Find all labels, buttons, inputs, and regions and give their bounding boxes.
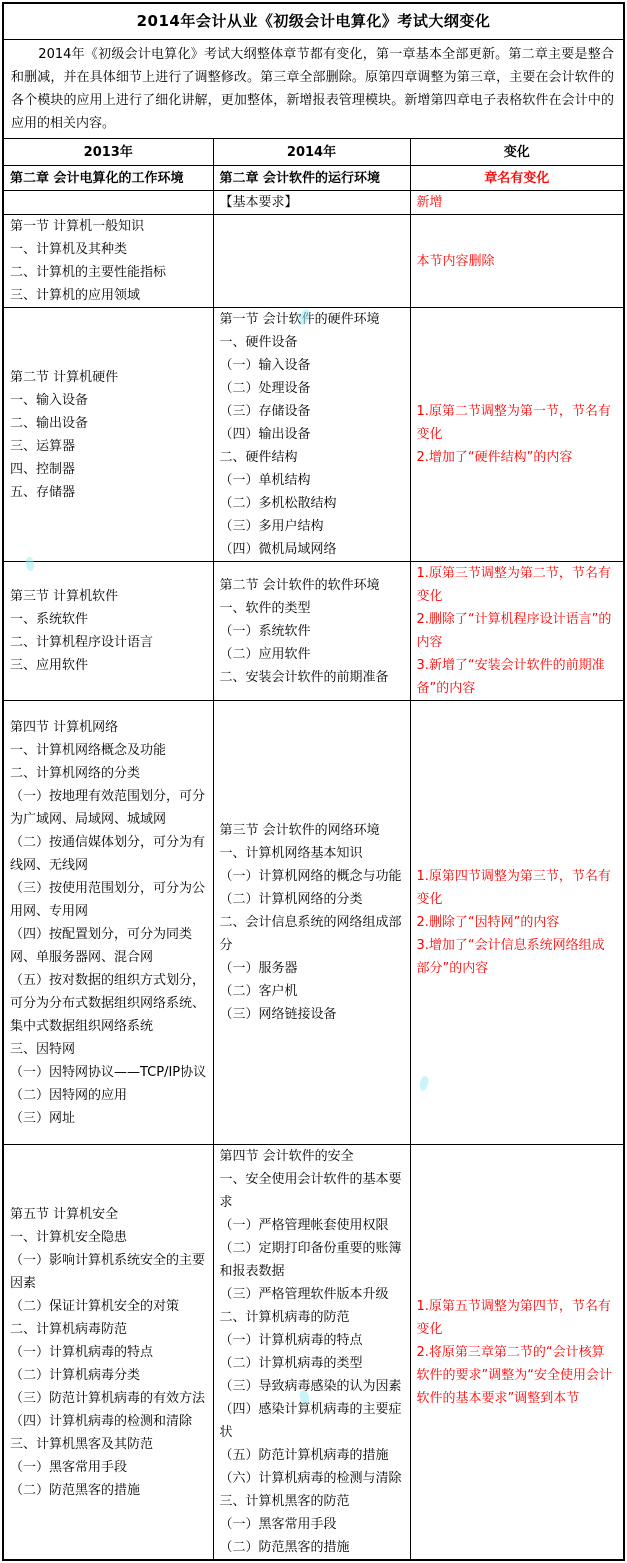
cell-change-section-2: 1.原第二节调整为第一节，节名有变化 2.增加了“硬件结构”的内容	[410, 308, 623, 562]
cell-2013-section-5: 第五节 计算机安全 一、计算机安全隐患 （一）影响计算机系统安全的主要因素 （二…	[4, 1145, 213, 1560]
cell-2013-section-2: 第二节 计算机硬件 一、输入设备 二、输出设备 三、运算器 四、控制器 五、存储…	[4, 308, 213, 562]
cell-2014-section-1	[213, 215, 410, 308]
page-title: 2014年会计从业《初级会计电算化》考试大纲变化	[4, 4, 623, 40]
cell-2013-section-4: 第四节 计算机网络 一、计算机网络概念及功能 二、计算机网络的分类 （一）按地理…	[4, 701, 213, 1145]
column-header-change: 变化	[410, 139, 623, 166]
table-row-section-5: 第五节 计算机安全 一、计算机安全隐患 （一）影响计算机系统安全的主要因素 （二…	[4, 1145, 623, 1560]
cell-2014-chapter: 第二章 会计软件的运行环境	[213, 166, 410, 191]
table-row-section-2: 第二节 计算机硬件 一、输入设备 二、输出设备 三、运算器 四、控制器 五、存储…	[4, 308, 623, 562]
cell-2013-basic-requirements	[4, 191, 213, 215]
cell-change-section-5: 1.原第五节调整为第四节，节名有变化 2.将原第三章第二节的“会计核算软件的要求…	[410, 1145, 623, 1560]
table-header-row: 2013年 2014年 变化	[4, 139, 623, 166]
table-row-section-1: 第一节 计算机一般知识 一、计算机及其种类 二、计算机的主要性能指标 三、计算机…	[4, 215, 623, 308]
cell-2014-basic-requirements: 【基本要求】	[213, 191, 410, 215]
column-header-2013: 2013年	[4, 139, 213, 166]
document-page: 2014年会计从业《初级会计电算化》考试大纲变化 2014年《初级会计电算化》考…	[2, 2, 625, 1561]
column-header-2014: 2014年	[213, 139, 410, 166]
table-row-basic-requirements: 【基本要求】 新增	[4, 191, 623, 215]
intro-paragraph: 2014年《初级会计电算化》考试大纲整体章节都有变化，第一章基本全部更新。第二章…	[4, 40, 623, 139]
cell-2014-section-5: 第四节 会计软件的安全 一、安全使用会计软件的基本要求 （一）严格管理帐套使用权…	[213, 1145, 410, 1560]
cell-2014-section-4: 第三节 会计软件的网络环境 一、计算机网络基本知识 （一）计算机网络的概念与功能…	[213, 701, 410, 1145]
table-row-section-4: 第四节 计算机网络 一、计算机网络概念及功能 二、计算机网络的分类 （一）按地理…	[4, 701, 623, 1145]
cell-change-chapter: 章名有变化	[410, 166, 623, 191]
table-row-section-3: 第三节 计算机软件 一、系统软件 二、计算机程序设计语言 三、应用软件 第二节 …	[4, 562, 623, 701]
cell-change-section-4: 1.原第四节调整为第三节，节名有变化 2.删除了“因特网”的内容 3.增加了“会…	[410, 701, 623, 1145]
comparison-table: 2013年 2014年 变化 第二章 会计电算化的工作环境 第二章 会计软件的运…	[4, 139, 623, 1559]
cell-change-section-3: 1.原第三节调整为第二节，节名有变化 2.删除了“计算机程序设计语言”的内容 3…	[410, 562, 623, 701]
cell-2014-section-2: 第一节 会计软件的硬件环境 一、硬件设备 （一）输入设备 （二）处理设备 （三）…	[213, 308, 410, 562]
cell-2014-section-3: 第二节 会计软件的软件环境 一、软件的类型 （一）系统软件 （二）应用软件 二、…	[213, 562, 410, 701]
cell-2013-chapter: 第二章 会计电算化的工作环境	[4, 166, 213, 191]
cell-2013-section-3: 第三节 计算机软件 一、系统软件 二、计算机程序设计语言 三、应用软件	[4, 562, 213, 701]
table-row-chapter: 第二章 会计电算化的工作环境 第二章 会计软件的运行环境 章名有变化	[4, 166, 623, 191]
cell-change-basic-requirements: 新增	[410, 191, 623, 215]
cell-2013-section-1: 第一节 计算机一般知识 一、计算机及其种类 二、计算机的主要性能指标 三、计算机…	[4, 215, 213, 308]
cell-change-section-1: 本节内容删除	[410, 215, 623, 308]
